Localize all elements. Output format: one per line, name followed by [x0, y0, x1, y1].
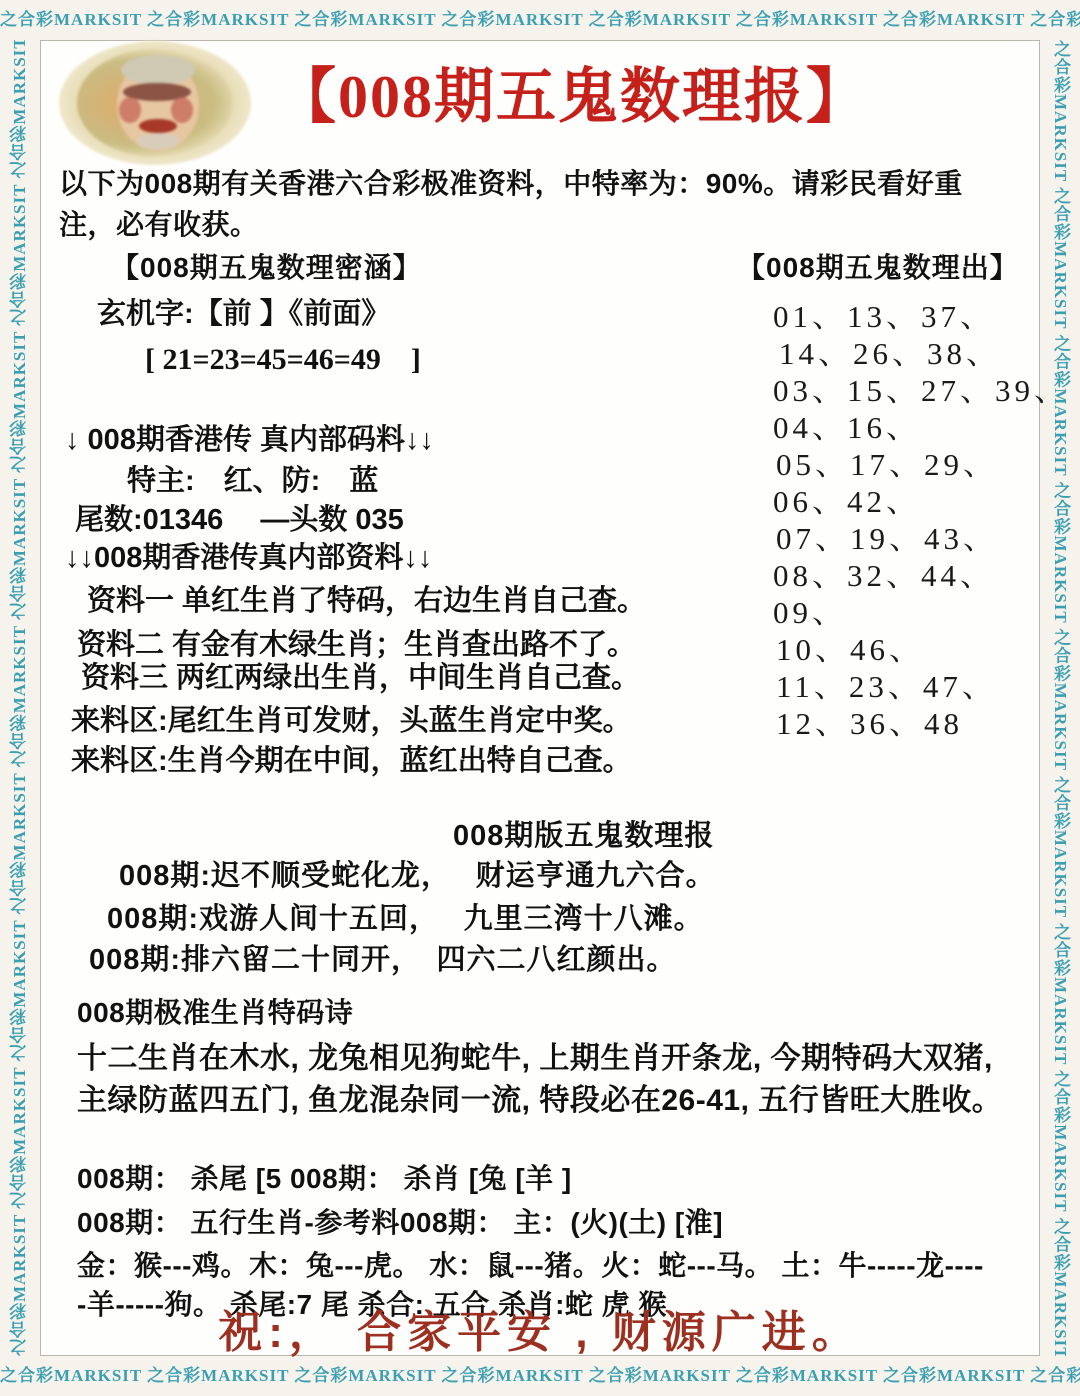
poem-line-3: 008期:排六留二十同开， 四六二八红颜出。: [89, 937, 677, 978]
left-section-header: 【008期五鬼数理密涵】: [111, 246, 422, 286]
number-equation: [ 21=23=45=46=49 ]: [145, 334, 421, 378]
poem-line-2: 008期:戏游人间十五回， 九里三湾十八滩。: [107, 896, 704, 937]
intro-paragraph: 以下为008期有关香港六合彩极准资料，中特率为：90%。请彩民看好重注，必有收获…: [59, 163, 1011, 246]
info-row-1: 资料一 单红生肖了特码，右边生肖自己查。: [87, 578, 646, 619]
mid-section-header: 008期版五鬼数理报: [453, 813, 714, 854]
zodiac-poem-line-2: 主绿防蓝四五门, 鱼龙混杂同一流, 特段必在26-41, 五行皆旺大胜收。: [77, 1075, 1002, 1119]
portrait-image: [59, 41, 251, 165]
portrait-cheek-right: [171, 97, 193, 123]
border-left-pattern: 之合彩MARKSIT 之合彩MARKSIT 之合彩MARKSIT 之合彩MARK…: [0, 40, 40, 1356]
blessing-line: 祝:， 合家平安 , 财源广进。: [41, 1296, 1039, 1360]
inside-code-arrow-line: ↓ 008期香港传 真内部码料↓↓: [65, 417, 434, 458]
main-guard-line: 特主: 红、防: 蓝: [127, 458, 378, 499]
info-row-4: 来料区:尾红生肖可发财，头蓝生肖定中奖。: [71, 698, 632, 739]
elements-zodiac-map-line: 金：猴---鸡。木：兔---虎。 水：鼠---猪。火：蛇---马。 土：牛---…: [77, 1244, 984, 1284]
mystery-word-line: 玄机字:【前 】《前面》: [97, 291, 390, 332]
kill-tail-line: 008期： 杀尾 [5 008期： 杀肖 [兔 [羊 ]: [77, 1157, 572, 1197]
five-elements-line: 008期： 五行生肖-参考料008期： 主：(火)(土) [淮]: [77, 1201, 723, 1241]
portrait-chin: [137, 133, 179, 149]
info-row-3: 资料三 两红两绿出生肖，中间生肖自己查。: [81, 655, 640, 696]
border-bottom-pattern: 之合彩MARKSIT 之合彩MARKSIT 之合彩MARKSIT 之合彩MARK…: [0, 1356, 1080, 1396]
poem-line-1: 008期:迟不顺受蛇化龙， 财运亨通九六合。: [119, 853, 716, 894]
right-section-header: 【008期五鬼数理出】: [737, 246, 1019, 286]
zodiac-poem-header: 008期极准生肖特码诗: [77, 991, 353, 1031]
tail-head-number-line: 尾数:01346 —头数 035: [75, 497, 404, 538]
border-top-pattern: 之合彩MARKSIT 之合彩MARKSIT 之合彩MARKSIT 之合彩MARK…: [0, 0, 1080, 40]
flyer-sheet: 【008期五鬼数理报】 以下为008期有关香港六合彩极准资料，中特率为：90%。…: [40, 40, 1040, 1356]
portrait-mouth: [139, 119, 177, 133]
border-right-pattern: 之合彩MARKSIT 之合彩MARKSIT 之合彩MARKSIT 之合彩MARK…: [1040, 40, 1080, 1356]
portrait-cheek-left: [119, 97, 141, 123]
page-title: 【008期五鬼数理报】: [276, 49, 868, 135]
lottery-flyer: { "border": { "pattern": "之合彩MARKSIT ", …: [0, 0, 1080, 1396]
info-row-5: 来料区:生肖今期在中间，蓝红出特自己查。: [71, 738, 632, 779]
number-row-12: 12、36、48: [776, 698, 963, 743]
zodiac-poem-line-1: 十二生肖在木水, 龙兔相见狗蛇牛, 上期生肖开条龙, 今期特码大双猪,: [77, 1033, 993, 1077]
portrait-hair: [121, 55, 195, 85]
inside-info-arrow-line: ↓↓008期香港传真内部资料↓↓: [65, 535, 432, 576]
